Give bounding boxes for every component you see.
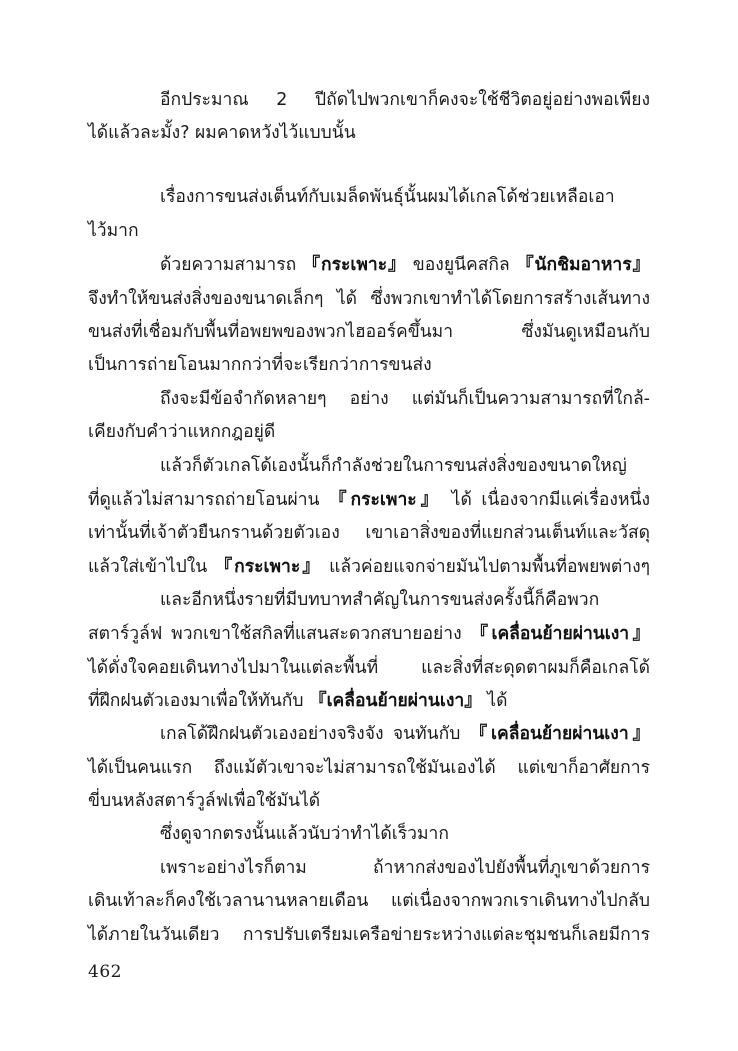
text-line: ได้ภายในวันเดียว การปรับเตรียมเครือข่ายร… xyxy=(88,918,650,952)
text-span: ได้ xyxy=(482,691,508,711)
text-line: เดินเท้าละก็คงใช้เวลานานหลายเดือน แต่เนื… xyxy=(88,884,650,918)
text-line: สตาร์วูล์ฟ พวกเขาใช้สกิลที่แสนสะดวกสบายอ… xyxy=(88,617,650,651)
text-line: จึงทำให้ขนส่งสิ่งของขนาดเล็กๆ ได้ ซึ่งพว… xyxy=(88,282,650,316)
skill-name: 『กระเพาะ』 xyxy=(303,255,407,275)
skill-name: 『เคลื่อนย้ายผ่านเงา』 xyxy=(471,624,650,644)
text-line: แล้วก็ตัวเกลโด้เองนั้นก็กำลังช่วยในการขน… xyxy=(160,449,650,483)
text-line: ได้แล้วละมั้ง? ผมคาดหวังไว้แบบนั้น xyxy=(88,116,650,150)
text-span: ที่ดูแล้วไม่สามารถถ่ายโอนผ่าน xyxy=(88,490,329,510)
text-line: ที่ฝึกฝนตัวเองมาเพื่อให้ทันกับ 『เคลื่อนย… xyxy=(88,684,650,718)
text-span: แล้วค่อยแจกจ่ายมันไปตามพื้นที่อพยพต่างๆ xyxy=(322,557,650,577)
text-span: แล้วใส่เข้าไปใน xyxy=(88,557,215,577)
text-line: เกลโด้ฝึกฝนตัวเองอย่างจริงจัง จนทันกับ 『… xyxy=(160,717,650,751)
text-line: แล้วใส่เข้าไปใน 『กระเพาะ』 แล้วค่อยแจกจ่า… xyxy=(88,550,650,584)
skill-name: 『กระเพาะ』 xyxy=(329,490,442,510)
text-line: ขี่บนหลังสตาร์วูล์ฟเพื่อใช้มันได้ xyxy=(88,784,650,818)
page-number: 462 xyxy=(88,962,122,982)
text-span: ได้ เนื่องจากมีแค่เรื่องหนึ่ง xyxy=(442,490,650,510)
text-line: และอีกหนึ่งรายที่มีบทบาทสำคัญในการขนส่งค… xyxy=(160,583,650,617)
text-line: ด้วยความสามารถ 『กระเพาะ』 ของยูนีคสกิล 『น… xyxy=(160,248,650,282)
text-line: ถึงจะมีข้อจำกัดหลายๆ อย่าง แต่มันก็เป็นค… xyxy=(160,382,650,416)
skill-name: 『เคลื่อนย้ายผ่านเงา』 xyxy=(309,691,482,711)
skill-name: 『กระเพาะ』 xyxy=(215,557,322,577)
text-span: เกลโด้ฝึกฝนตัวเองอย่างจริงจัง จนทันกับ xyxy=(160,724,470,744)
text-span: ที่ฝึกฝนตัวเองมาเพื่อให้ทันกับ xyxy=(88,691,309,711)
text-line: เพราะอย่างไรก็ตาม ถ้าหากส่งของไปยังพื้นท… xyxy=(160,851,650,885)
text-line: ที่ดูแล้วไม่สามารถถ่ายโอนผ่าน 『กระเพาะ』 … xyxy=(88,483,650,517)
text-line: เคียงกับคำว่าแหกกฎอยู่ดี xyxy=(88,415,650,449)
text-line: เป็นการถ่ายโอนมากกว่าที่จะเรียกว่าการขนส… xyxy=(88,348,650,382)
text-span: ของยูนีคสกิล xyxy=(406,255,516,275)
text-span: สตาร์วูล์ฟ พวกเขาใช้สกิลที่แสนสะดวกสบายอ… xyxy=(88,624,471,644)
text-line: ได้เป็นคนแรก ถึงแม้ตัวเขาจะไม่สามารถใช้ม… xyxy=(88,751,650,785)
text-line: เท่านั้นที่เจ้าตัวยืนกรานด้วยตัวเอง เขาเ… xyxy=(88,516,650,550)
book-page: อีกประมาณ 2 ปีถัดไปพวกเขาก็คงจะใช้ชีวิตอ… xyxy=(0,0,738,1051)
text-line: ซึ่งดูจากตรงนั้นแล้วนับว่าทำได้เร็วมาก xyxy=(160,817,650,851)
text-line: อีกประมาณ 2 ปีถัดไปพวกเขาก็คงจะใช้ชีวิตอ… xyxy=(160,83,650,117)
skill-name: 『นักชิมอาหาร』 xyxy=(516,255,650,275)
text-line: เรื่องการขนส่งเต็นท์กับเมล็ดพันธุ์นั้นผม… xyxy=(160,180,650,214)
text-line: ได้ดั่งใจคอยเดินทางไปมาในแต่ละพื้นที่ แล… xyxy=(88,651,650,685)
skill-name: 『เคลื่อนย้ายผ่านเงา』 xyxy=(470,724,650,744)
text-line: ไว้มาก xyxy=(88,214,650,248)
text-line: ขนส่งที่เชื่อมกับพื้นที่อพยพของพวกไฮออร์… xyxy=(88,315,650,349)
text-span: ด้วยความสามารถ xyxy=(160,255,303,275)
